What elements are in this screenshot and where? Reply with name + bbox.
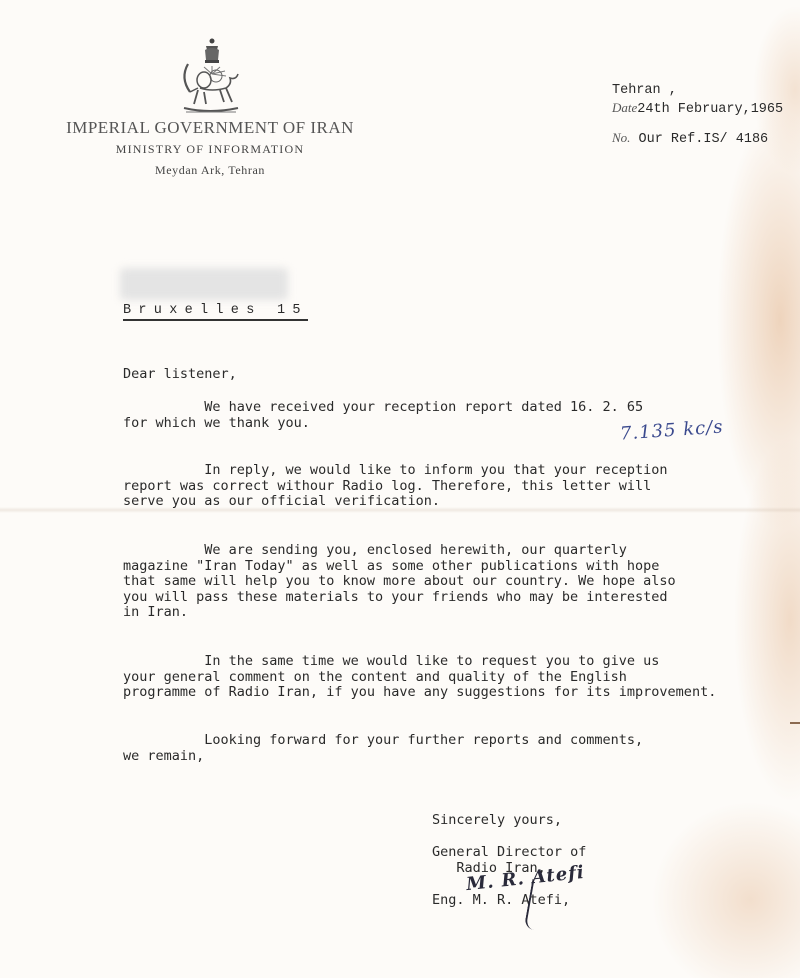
reference-value: Our Ref.IS/ 4186 [639,132,769,147]
date-label: Date [612,100,637,115]
paragraph-4: In the same time we would like to reques… [123,654,763,701]
no-label: No. [612,130,630,145]
edge-mark [790,722,800,724]
signer-name: Eng. M. R. Atefi, [432,893,570,909]
letterhead-ministry: MINISTRY OF INFORMATION [30,142,390,157]
letterhead-address: Meydan Ark, Tehran [30,163,390,178]
salutation: Dear listener, [123,367,763,383]
valediction: Sincerely yours, [432,813,562,829]
date-line: Date24th February,1965 [612,99,783,118]
recipient-city: Bruxelles 15 [123,303,308,321]
redacted-recipient-name [120,268,288,300]
paragraph-2: In reply, we would like to inform you th… [123,463,763,510]
reference-line: No. Our Ref.IS/ 4186 [612,129,783,148]
lion-and-sun-emblem-icon [170,36,250,122]
date-block: Tehran , Date24th February,1965 No. Our … [612,82,783,148]
date-value: 24th February,1965 [637,102,783,117]
paragraph-3: We are sending you, enclosed herewith, o… [123,543,763,621]
paragraph-5: Looking forward for your further reports… [123,733,763,764]
city-line: Tehran , [612,82,783,99]
letterhead-title: IMPERIAL GOVERNMENT OF IRAN [30,118,390,138]
letterhead: IMPERIAL GOVERNMENT OF IRAN MINISTRY OF … [30,36,390,178]
